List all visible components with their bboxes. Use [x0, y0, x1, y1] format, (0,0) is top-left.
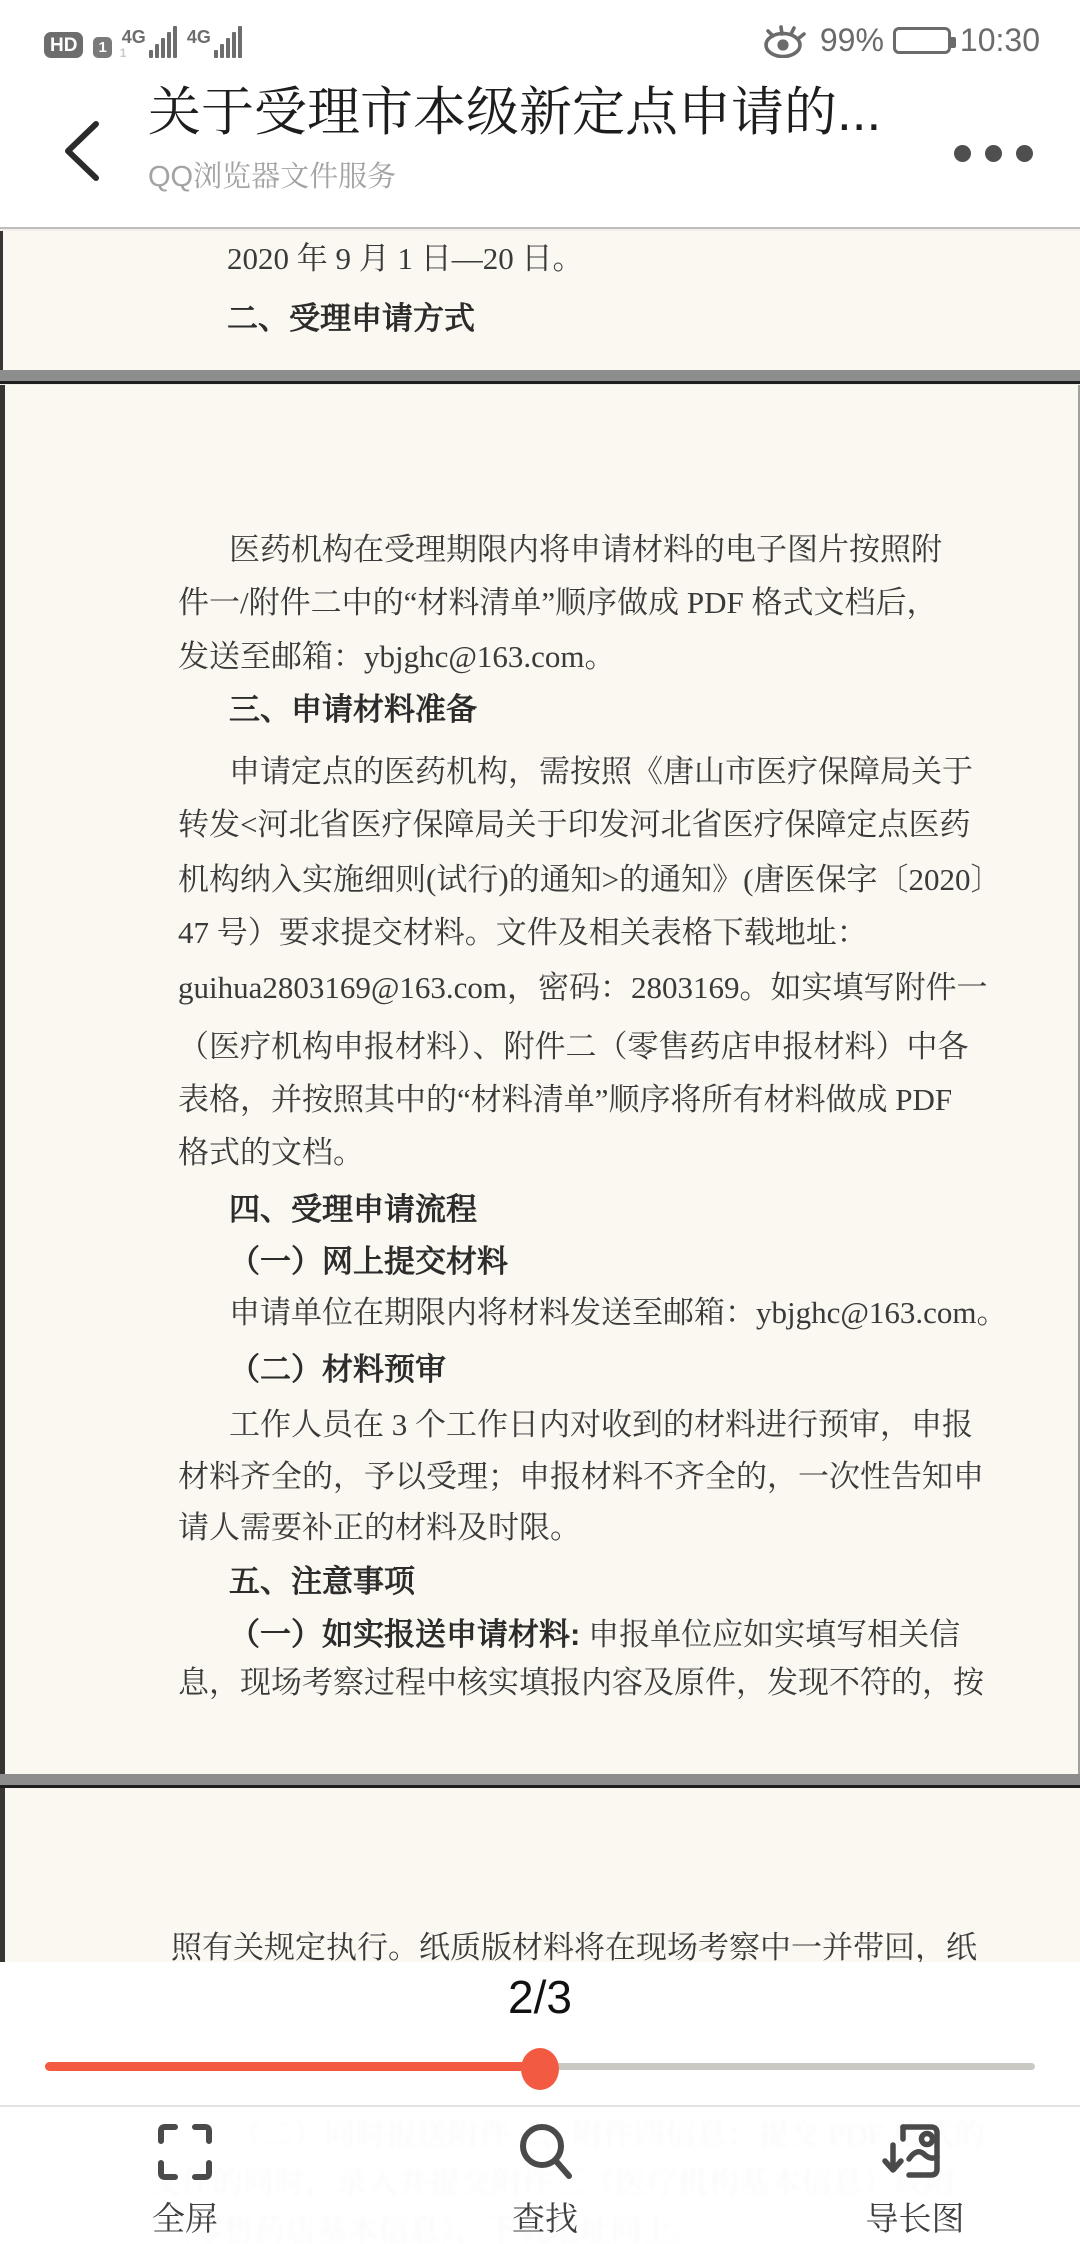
doc-text-line: 照有关规定执行。纸质版材料将在现场考察中一并带回，纸: [171, 1930, 977, 1966]
doc-text-line: 47 号）要求提交材料。文件及相关表格下载地址：: [178, 915, 868, 951]
sim1-icon: 1: [93, 37, 111, 58]
doc-text-line: 三、申请材料准备: [229, 692, 477, 728]
more-dots-icon: [1016, 145, 1033, 162]
more-dots-icon: [954, 145, 971, 162]
doc-text-line: （一）如实报送申请材料: 申报单位应如实填写相关信: [229, 1617, 960, 1653]
title-block: 关于受理市本级新定点申请的... QQ浏览器文件服务: [148, 80, 908, 195]
page-separator: [0, 370, 1080, 384]
page-separator: [0, 1774, 1080, 1788]
export-long-image-button[interactable]: 导长图: [815, 2113, 1015, 2243]
doc-text-line: 机构纳入实施细则(试行)的通知>的通知》(唐医保字〔2020〕: [178, 862, 1001, 898]
network-type-label-1: 4G: [122, 28, 146, 46]
page-1: 2020 年 9 月 1 日—20 日。二、受理申请方式: [0, 231, 1080, 383]
doc-text-line: （一）网上提交材料: [229, 1244, 508, 1280]
doc-text-line: 2020 年 9 月 1 日—20 日。: [227, 241, 584, 277]
doc-text-line: 申请定点的医药机构，需按照《唐山市医疗保障局关于: [229, 754, 973, 790]
doc-text-line: 医药机构在受理期限内将申请材料的电子图片按照附: [229, 532, 942, 568]
doc-text-line: （医疗机构申报材料）、附件二（零售药店申报材料）中各: [178, 1029, 969, 1065]
page-2: 医药机构在受理期限内将申请材料的电子图片按照附件一/附件二中的“材料清单”顺序做…: [0, 385, 1080, 1774]
clock: 10:30: [960, 22, 1040, 59]
find-button[interactable]: 查找: [445, 2113, 645, 2243]
page-indicator: 2/3: [0, 1970, 1080, 2024]
network-type-label-2: 4G: [187, 28, 211, 46]
find-label: 查找: [512, 2193, 578, 2240]
back-button[interactable]: [52, 116, 112, 186]
signal-group-1: 1 4G: [122, 26, 177, 58]
battery-percent: 99%: [820, 22, 884, 59]
header: 关于受理市本级新定点申请的... QQ浏览器文件服务: [0, 58, 1080, 227]
signal-bars-icon-1: [149, 26, 177, 58]
doc-text-line: 材料齐全的，予以受理；申报材料不齐全的，一次性告知申: [178, 1459, 984, 1495]
doc-text-line: 发送至邮箱：ybjghc@163.com。: [178, 639, 616, 675]
document-title: 关于受理市本级新定点申请的...: [148, 80, 908, 146]
doc-text-line: 申请单位在期限内将材料发送至邮箱：ybjghc@163.com。: [229, 1295, 1008, 1331]
battery-icon: [893, 27, 951, 54]
more-menu-button[interactable]: [948, 128, 1038, 178]
doc-text-line: 四、受理申请流程: [229, 1192, 477, 1228]
document-scroll-area[interactable]: 2020 年 9 月 1 日—20 日。二、受理申请方式 医药机构在受理期限内将…: [0, 227, 1080, 2244]
qq-browser-file-viewer: HD 1 1 4G 4G: [0, 0, 1080, 2244]
status-left: HD 1 1 4G 4G: [44, 26, 242, 58]
bottom-panel: 2/3 （二）同时报送附件三、附件四信息：提交 PDF 格式的文件的同时，录入并…: [0, 1962, 1080, 2244]
page-3: 照有关规定执行。纸质版材料将在现场考察中一并带回，纸: [0, 1788, 1080, 1964]
status-right: 99% 10:30: [759, 20, 1040, 60]
hd-volte-icon: HD: [44, 32, 83, 58]
doc-text-line: 二、受理申请方式: [227, 301, 475, 337]
search-icon: [511, 2119, 579, 2185]
doc-text-line: 工作人员在 3 个工作日内对收到的材料进行预审，申报: [229, 1407, 973, 1443]
bottom-toolbar: （二）同时报送附件三、附件四信息：提交 PDF 格式的文件的同时，录入并提交附件…: [0, 2105, 1080, 2244]
doc-text-line: （二）材料预审: [229, 1352, 446, 1388]
doc-text-line: 五、注意事项: [229, 1564, 415, 1600]
export-long-image-label: 导长图: [866, 2193, 965, 2240]
page-progress-slider[interactable]: [45, 2048, 1035, 2084]
back-chevron-icon: [52, 116, 112, 186]
signal-group-2: 4G: [187, 26, 242, 58]
fullscreen-button[interactable]: 全屏: [85, 2113, 285, 2243]
eye-comfort-icon: [759, 20, 811, 60]
doc-text-line: 息，现场考察过程中核实填报内容及原件，发现不符的，按: [178, 1665, 984, 1701]
fullscreen-label: 全屏: [152, 2193, 218, 2240]
more-dots-icon: [985, 145, 1002, 162]
document-source: QQ浏览器文件服务: [148, 154, 908, 195]
fullscreen-icon: [151, 2119, 219, 2185]
doc-text-line: guihua2803169@163.com，密码：2803169。如实填写附件一: [178, 970, 988, 1006]
doc-text-line: 件一/附件二中的“材料清单”顺序做成 PDF 格式文档后，: [178, 585, 938, 621]
status-bar: HD 1 1 4G 4G: [0, 0, 1080, 58]
doc-text-line: 表格，并按照其中的“材料清单”顺序将所有材料做成 PDF: [178, 1082, 952, 1118]
export-long-image-icon: [879, 2119, 951, 2185]
doc-text-line: 格式的文档。: [178, 1135, 364, 1171]
doc-text-line: 转发<河北省医疗保障局关于印发河北省医疗保障定点医药: [178, 807, 970, 843]
slider-fill: [45, 2062, 540, 2071]
signal-bars-icon-2: [214, 26, 242, 58]
slider-thumb[interactable]: [521, 2048, 559, 2090]
doc-text-line: 请人需要补正的材料及时限。: [178, 1510, 581, 1546]
